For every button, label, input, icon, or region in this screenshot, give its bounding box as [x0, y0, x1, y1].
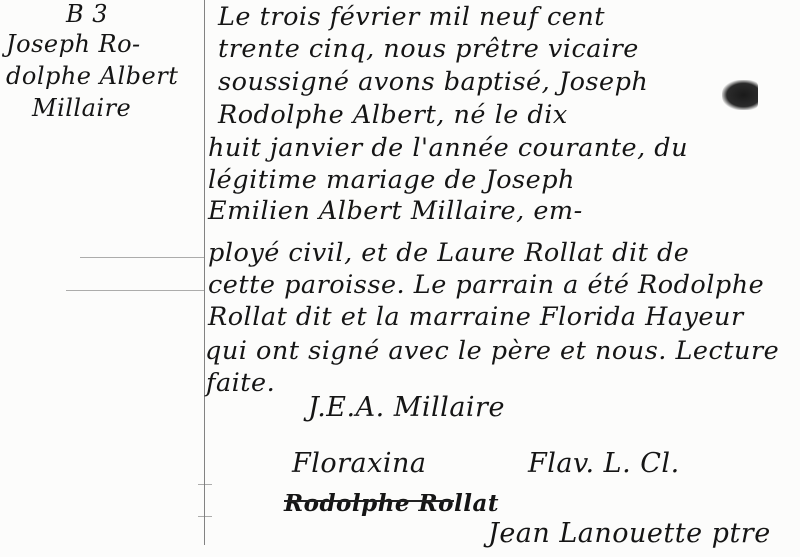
- signature-priest: Jean Lanouette ptre: [488, 518, 771, 549]
- signature-underline: [284, 500, 454, 502]
- record-line: soussigné avons baptisé, Joseph: [218, 67, 648, 97]
- margin-name-line: Millaire: [32, 94, 131, 122]
- record-line: ployé civil, et de Laure Rollat dit de: [208, 238, 689, 268]
- margin-rule: [204, 0, 205, 545]
- ruled-line: [66, 290, 204, 291]
- record-line: Rodolphe Albert, né le dix: [218, 100, 568, 130]
- record-line: huit janvier de l'année courante, du: [208, 133, 688, 163]
- margin-name-line: dolphe Albert: [6, 62, 178, 90]
- ink-blot: [722, 80, 758, 110]
- signature-father: J.E.A. Millaire: [308, 392, 505, 423]
- record-line: légitime mariage de Joseph: [208, 165, 575, 195]
- margin-name-line: Joseph Ro-: [6, 30, 141, 58]
- record-line: Rollat dit et la marraine Florida Hayeur: [208, 302, 744, 332]
- tick-mark: [198, 484, 212, 485]
- entry-code: B 3: [66, 0, 108, 28]
- record-line: qui ont signé avec le père et nous. Lect…: [205, 336, 779, 366]
- ruled-line: [80, 257, 204, 258]
- signature-godmother: Floraxina: [292, 448, 426, 479]
- record-line: trente cinq, nous prêtre vicaire: [218, 34, 639, 64]
- tick-mark: [198, 516, 212, 517]
- register-page: B 3 Joseph Ro- dolphe Albert Millaire Le…: [0, 0, 800, 557]
- record-line: Emilien Albert Millaire, em-: [208, 196, 583, 226]
- record-line: Le trois février mil neuf cent: [218, 2, 605, 32]
- signature-godfather: Rodolphe Rollat: [284, 490, 499, 517]
- record-line: faite.: [206, 368, 275, 398]
- record-line: cette paroisse. Le parrain a été Rodolph…: [208, 270, 764, 300]
- signature-witness: Flav. L. Cl.: [528, 448, 680, 479]
